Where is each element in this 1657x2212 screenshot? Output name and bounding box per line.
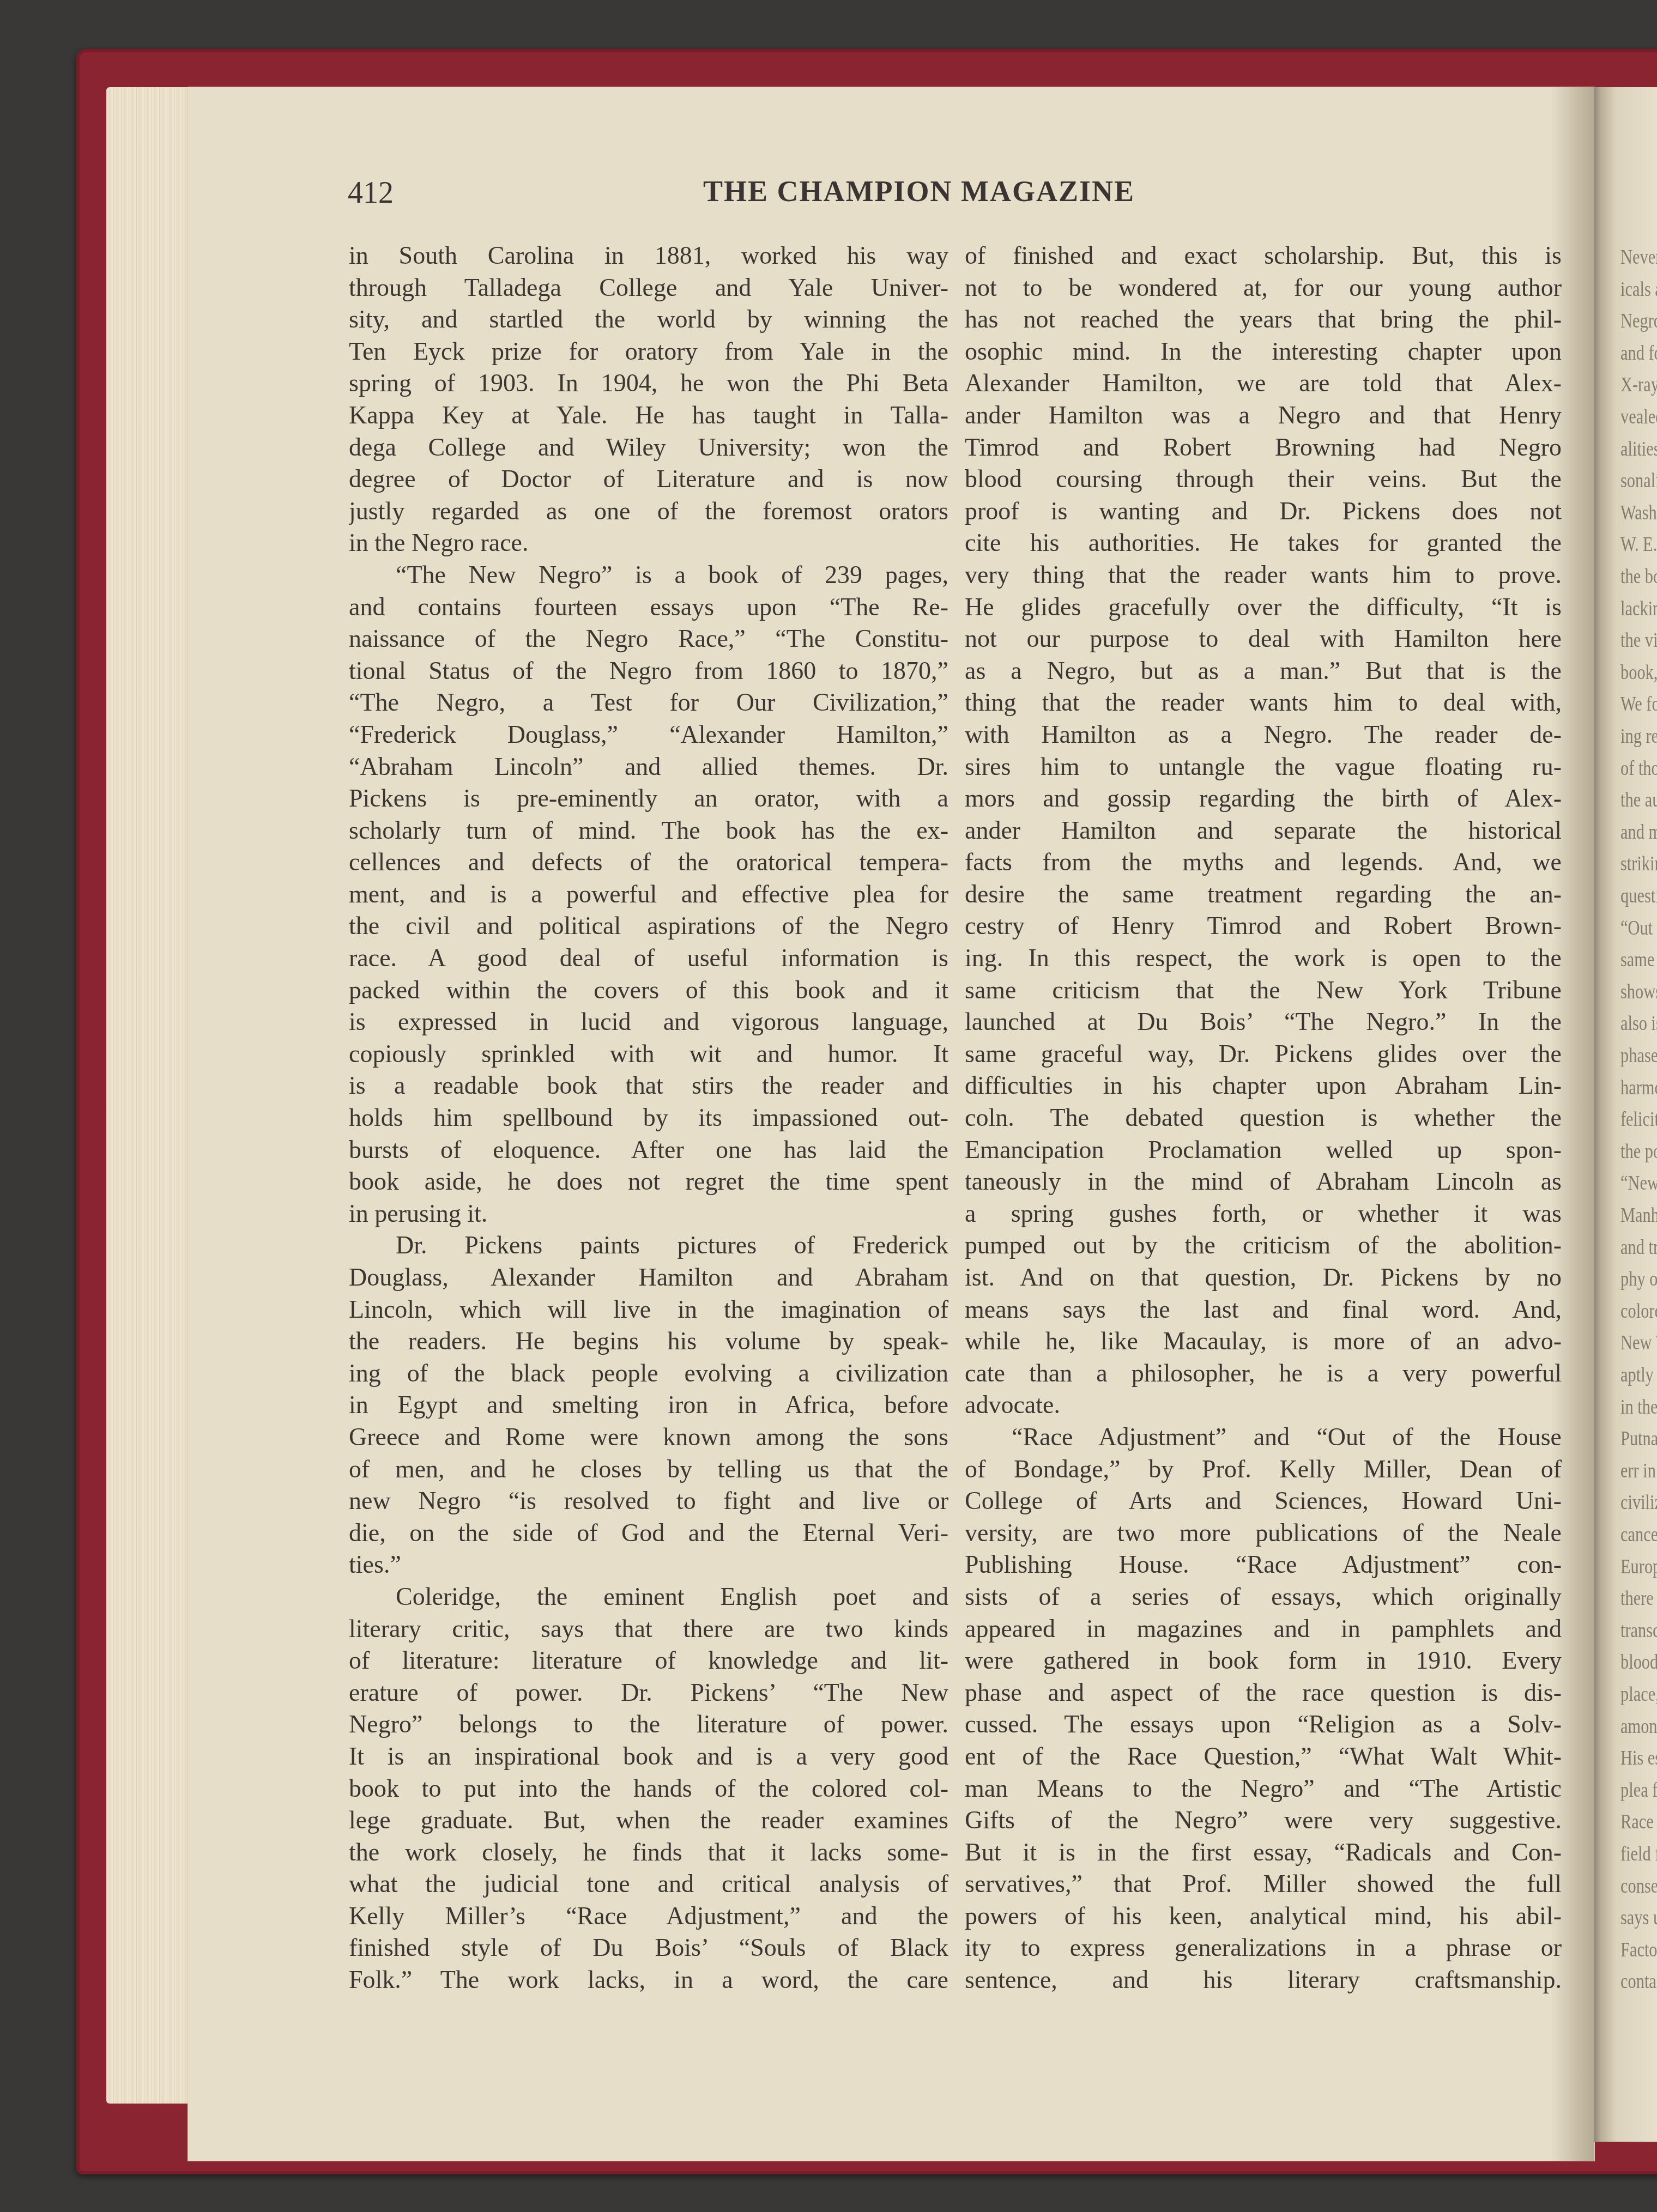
facing-page-line: the boo bbox=[1620, 565, 1657, 589]
text-line: advocate. bbox=[965, 1389, 1562, 1421]
text-line: what the judicial tone and critical anal… bbox=[349, 1868, 948, 1900]
text-line: sists of a series of essays, which origi… bbox=[965, 1581, 1562, 1613]
text-line: Lincoln, which will live in the imaginat… bbox=[349, 1294, 948, 1326]
text-line: not our purpose to deal with Hamilton he… bbox=[965, 623, 1562, 655]
text-line: Ten Eyck prize for oratory from Yale in … bbox=[349, 336, 948, 368]
text-line: desire the same treatment regarding the … bbox=[965, 878, 1562, 911]
text-line: Kappa Key at Yale. He has taught in Tall… bbox=[349, 399, 948, 432]
text-line: as a Negro, but as a man.” But that is t… bbox=[965, 655, 1562, 687]
text-line: sires him to untangle the vague floating… bbox=[965, 751, 1562, 783]
text-line: justly regarded as one of the foremost o… bbox=[349, 495, 948, 528]
text-line: sity, and startled the world by winning … bbox=[349, 304, 948, 336]
facing-page-line: plea for bbox=[1620, 1778, 1657, 1802]
text-line: “The Negro, a Test for Our Civilization,… bbox=[349, 687, 948, 719]
text-line: facts from the myths and legends. And, w… bbox=[965, 846, 1562, 878]
text-line: cussed. The essays upon “Religion as a S… bbox=[965, 1708, 1562, 1741]
text-line: “Race Adjustment” and “Out of the House bbox=[965, 1421, 1562, 1453]
text-line: of Bondage,” by Prof. Kelly Miller, Dean… bbox=[965, 1453, 1562, 1486]
facing-page-line: Race and bbox=[1620, 1810, 1657, 1834]
facing-page-line: transcend bbox=[1620, 1619, 1657, 1643]
text-line: packed within the covers of this book an… bbox=[349, 974, 948, 1007]
facing-page-line: the autho bbox=[1620, 788, 1657, 812]
text-line: ist. And on that question, Dr. Pickens b… bbox=[965, 1262, 1562, 1294]
text-line: same criticism that the New York Tribune bbox=[965, 974, 1562, 1007]
text-line: cite his authorities. He takes for grant… bbox=[965, 527, 1562, 559]
text-line: ent of the Race Question,” “What Walt Wh… bbox=[965, 1741, 1562, 1773]
facing-page-line: the view bbox=[1620, 628, 1657, 652]
text-line: pumped out by the criticism of the aboli… bbox=[965, 1229, 1562, 1262]
text-line: is a readable book that stirs the reader… bbox=[349, 1070, 948, 1102]
text-line: very thing that the reader wants him to … bbox=[965, 559, 1562, 591]
text-line: literary critic, says that there are two… bbox=[349, 1613, 948, 1645]
facing-page-line: shows th bbox=[1620, 980, 1657, 1004]
facing-page-line: question. bbox=[1620, 884, 1657, 908]
text-line: sentence, and his literary craftsmanship… bbox=[965, 1964, 1562, 1996]
text-line: Alexander Hamilton, we are told that Ale… bbox=[965, 367, 1562, 399]
text-line: appeared in magazines and in pamphlets a… bbox=[965, 1613, 1562, 1645]
text-line: naissance of the Negro Race,” “The Const… bbox=[349, 623, 948, 655]
text-line: “The New Negro” is a book of 239 pages, bbox=[349, 559, 948, 591]
facing-page-line: colored y bbox=[1620, 1299, 1657, 1323]
text-line: Folk.” The work lacks, in a word, the ca… bbox=[349, 1964, 948, 1996]
text-line: through Talladega College and Yale Unive… bbox=[349, 272, 948, 304]
text-line: of finished and exact scholarship. But, … bbox=[965, 240, 1562, 272]
facing-page-line: and forc bbox=[1620, 341, 1657, 365]
text-line: the work closely, he finds that it lacks… bbox=[349, 1837, 948, 1869]
facing-page-line: civilizatio bbox=[1620, 1490, 1657, 1514]
facing-page-line: icals an bbox=[1620, 277, 1657, 301]
facing-page-line: says upon bbox=[1620, 1906, 1657, 1930]
facing-page-line: and mai bbox=[1620, 820, 1657, 844]
facing-page-line: same au bbox=[1620, 948, 1657, 972]
text-line: degree of Doctor of Literature and is no… bbox=[349, 463, 948, 495]
text-line: taneously in the mind of Abraham Lincoln… bbox=[965, 1166, 1562, 1198]
text-column-right: of finished and exact scholarship. But, … bbox=[965, 240, 1562, 1996]
text-line: coln. The debated question is whether th… bbox=[965, 1102, 1562, 1134]
text-line: Coleridge, the eminent English poet and bbox=[349, 1581, 948, 1613]
text-line: mors and gossip regarding the birth of A… bbox=[965, 783, 1562, 815]
text-line: Emancipation Proclamation welled up spon… bbox=[965, 1134, 1562, 1166]
text-line: ment, and is a powerful and effective pl… bbox=[349, 878, 948, 911]
text-line: Gifts of the Negro” were very suggestive… bbox=[965, 1804, 1562, 1837]
text-line: ander Hamilton and separate the historic… bbox=[965, 815, 1562, 847]
text-line: phase and aspect of the race question is… bbox=[965, 1677, 1562, 1709]
text-line: “Abraham Lincoln” and allied themes. Dr. bbox=[349, 751, 948, 783]
running-head: THE CHAMPION MAGAZINE bbox=[703, 174, 1135, 208]
text-line: Douglass, Alexander Hamilton and Abraham bbox=[349, 1262, 948, 1294]
facing-page-line: ing readi bbox=[1620, 724, 1657, 748]
text-line: book aside, he does not regret the time … bbox=[349, 1166, 948, 1198]
facing-page-line: aptly co bbox=[1620, 1363, 1657, 1387]
facing-page-line: also is bbox=[1620, 1011, 1657, 1035]
text-line: holds him spellbound by its impassioned … bbox=[349, 1102, 948, 1134]
facing-page-line: Negro r bbox=[1620, 309, 1657, 333]
facing-page-line: the posit bbox=[1620, 1140, 1657, 1163]
text-line: of men, and he closes by telling us that… bbox=[349, 1453, 948, 1486]
text-line: new Negro “is resolved to fight and live… bbox=[349, 1485, 948, 1517]
text-line: osophic mind. In the interesting chapter… bbox=[965, 336, 1562, 368]
facing-page-line: blood, a bbox=[1620, 1650, 1657, 1674]
facing-page-line: consecrati bbox=[1620, 1874, 1657, 1898]
facing-page-line: place, the bbox=[1620, 1682, 1657, 1706]
facing-page-line: Manhoo bbox=[1620, 1203, 1657, 1227]
text-line: scholarly turn of mind. The book has the… bbox=[349, 815, 948, 847]
facing-page-line: Factor” a bbox=[1620, 1938, 1657, 1962]
facing-page-line: book, an bbox=[1620, 660, 1657, 684]
text-line: erature of power. Dr. Pickens’ “The New bbox=[349, 1677, 948, 1709]
text-line: is expressed in lucid and vigorous langu… bbox=[349, 1006, 948, 1038]
text-column-left: in South Carolina in 1881, worked his wa… bbox=[349, 240, 948, 1996]
text-line: It is an inspirational book and is a ver… bbox=[349, 1741, 948, 1773]
text-line: ing of the black people evolving a civil… bbox=[349, 1357, 948, 1390]
facing-page-line: sonalities bbox=[1620, 469, 1657, 493]
text-line: ties.” bbox=[349, 1549, 948, 1581]
facing-page-line: His essa bbox=[1620, 1746, 1657, 1770]
text-line: has not reached the years that bring the… bbox=[965, 304, 1562, 336]
text-line: spring of 1903. In 1904, he won the Phi … bbox=[349, 367, 948, 399]
text-line: launched at Du Bois’ “The Negro.” In the bbox=[965, 1006, 1562, 1038]
text-line: versity, are two more publications of th… bbox=[965, 1517, 1562, 1549]
text-line: powers of his keen, analytical mind, his… bbox=[965, 1900, 1562, 1932]
text-line: means says the last and final word. And, bbox=[965, 1294, 1562, 1326]
text-line: “Frederick Douglass,” “Alexander Hamilto… bbox=[349, 719, 948, 751]
text-line: ing. In this respect, the work is open t… bbox=[965, 942, 1562, 974]
text-line: and contains fourteen essays upon “The R… bbox=[349, 591, 948, 623]
facing-page-line: phases a bbox=[1620, 1044, 1657, 1068]
facing-page-line: err in e bbox=[1620, 1459, 1657, 1483]
facing-page-line: European bbox=[1620, 1555, 1657, 1579]
text-line: He glides gracefully over the difficulty… bbox=[965, 591, 1562, 623]
text-line: in perusing it. bbox=[349, 1198, 948, 1230]
text-line: of literature: literature of knowledge a… bbox=[349, 1645, 948, 1677]
text-line: difficulties in his chapter upon Abraham… bbox=[965, 1070, 1562, 1102]
facing-page-line: Washing bbox=[1620, 501, 1657, 525]
text-line: in the Negro race. bbox=[349, 527, 948, 559]
text-line: proof is wanting and Dr. Pickens does no… bbox=[965, 495, 1562, 528]
text-line: cestry of Henry Timrod and Robert Brown- bbox=[965, 910, 1562, 942]
text-line: die, on the side of God and the Eternal … bbox=[349, 1517, 948, 1549]
facing-page-line: in the N bbox=[1620, 1395, 1657, 1419]
text-line: bursts of eloquence. After one has laid … bbox=[349, 1134, 948, 1166]
text-line: in Egypt and smelting iron in Africa, be… bbox=[349, 1389, 948, 1421]
facing-page-line: striking bbox=[1620, 852, 1657, 876]
text-line: with Hamilton as a Negro. The reader de- bbox=[965, 719, 1562, 751]
facing-page-line: alities th bbox=[1620, 437, 1657, 461]
text-line: thing that the reader wants him to deal … bbox=[965, 687, 1562, 719]
facing-page-line: of thoug bbox=[1620, 756, 1657, 780]
text-line: the civil and political aspirations of t… bbox=[349, 910, 948, 942]
text-line: were gathered in book form in 1910. Ever… bbox=[965, 1645, 1562, 1677]
text-line: Pickens is pre-eminently an orator, with… bbox=[349, 783, 948, 815]
facing-page-line: vealed th bbox=[1620, 405, 1657, 429]
facing-page-line: cance of bbox=[1620, 1523, 1657, 1547]
text-line: blood coursing through their veins. But … bbox=[965, 463, 1562, 495]
text-line: a spring gushes forth, or whether it was bbox=[965, 1198, 1562, 1230]
facing-page-line: Putnam bbox=[1620, 1427, 1657, 1451]
facing-page-line: phy of e bbox=[1620, 1267, 1657, 1291]
facing-page-line: contain a bbox=[1620, 1969, 1657, 1993]
text-line: the readers. He begins his volume by spe… bbox=[349, 1325, 948, 1357]
text-line: College of Arts and Sciences, Howard Uni… bbox=[965, 1485, 1562, 1517]
text-line: cellences and defects of the oratorical … bbox=[349, 846, 948, 878]
facing-page-line: among th bbox=[1620, 1714, 1657, 1738]
facing-page-line: Never ha bbox=[1620, 245, 1657, 269]
page-number: 412 bbox=[348, 175, 394, 210]
facing-page-line: and tren bbox=[1620, 1235, 1657, 1259]
text-line: But it is in the first essay, “Radicals … bbox=[965, 1837, 1562, 1869]
facing-page-line: “New N bbox=[1620, 1171, 1657, 1195]
text-line: in South Carolina in 1881, worked his wa… bbox=[349, 240, 948, 272]
facing-page-line: “Out bbox=[1620, 916, 1653, 940]
text-line: Timrod and Robert Browning had Negro bbox=[965, 432, 1562, 464]
facing-page: Never haicals anNegro rand forcX-ray ove… bbox=[1594, 87, 1657, 2142]
text-line: while he, like Macaulay, is more of an a… bbox=[965, 1325, 1562, 1357]
text-line: same graceful way, Dr. Pickens glides ov… bbox=[965, 1038, 1562, 1070]
text-line: Publishing House. “Race Adjustment” con- bbox=[965, 1549, 1562, 1581]
facing-page-line: New W bbox=[1620, 1331, 1657, 1355]
text-line: Kelly Miller’s “Race Adjustment,” and th… bbox=[349, 1900, 948, 1932]
text-line: tional Status of the Negro from 1860 to … bbox=[349, 655, 948, 687]
text-line: dega College and Wiley University; won t… bbox=[349, 432, 948, 464]
text-line: servatives,” that Prof. Miller showed th… bbox=[965, 1868, 1562, 1900]
text-line: book to put into the hands of the colore… bbox=[349, 1773, 948, 1805]
text-line: not to be wondered at, for our young aut… bbox=[965, 272, 1562, 304]
facing-page-line: there is bbox=[1620, 1586, 1657, 1610]
facing-page-line: We foun bbox=[1620, 692, 1657, 716]
text-line: lege graduate. But, when the reader exam… bbox=[349, 1804, 948, 1837]
text-line: Greece and Rome were known among the son… bbox=[349, 1421, 948, 1453]
text-line: Dr. Pickens paints pictures of Frederick bbox=[349, 1229, 948, 1262]
facing-page-line: W. E. bbox=[1620, 532, 1657, 556]
facing-page-line: lacking. bbox=[1620, 597, 1657, 621]
text-line: man Means to the Negro” and “The Artisti… bbox=[965, 1773, 1562, 1805]
facing-page-line: harmoni bbox=[1620, 1076, 1657, 1100]
text-line: race. A good deal of useful information … bbox=[349, 942, 948, 974]
text-line: Negro” belongs to the literature of powe… bbox=[349, 1708, 948, 1741]
facing-page-line: felicity bbox=[1620, 1107, 1657, 1131]
text-line: ity to express generalizations in a phra… bbox=[965, 1932, 1562, 1964]
facing-page-line: X-ray o bbox=[1620, 373, 1657, 397]
text-line: ander Hamilton was a Negro and that Henr… bbox=[965, 399, 1562, 432]
facing-page-line: field for bbox=[1620, 1842, 1657, 1866]
text-line: copiously sprinkled with wit and humor. … bbox=[349, 1038, 948, 1070]
text-line: finished style of Du Bois’ “Souls of Bla… bbox=[349, 1932, 948, 1964]
text-line: cate than a philosopher, he is a very po… bbox=[965, 1357, 1562, 1390]
